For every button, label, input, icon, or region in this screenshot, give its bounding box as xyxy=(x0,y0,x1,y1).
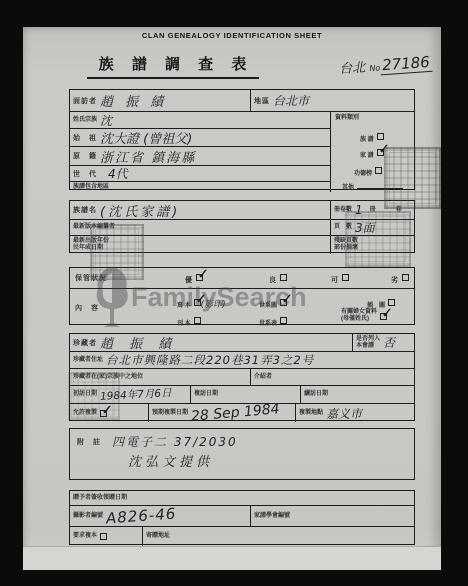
area-value: 台北市 xyxy=(273,92,309,109)
copy-date-label: 預期複製日期 xyxy=(149,410,191,417)
content-label: 內 容 xyxy=(72,303,102,313)
row-origin: 原 籍 浙江省 鎮海縣 xyxy=(70,146,330,165)
referrer-label: 介紹者 xyxy=(251,374,275,381)
lineage-chart-checkmark: ✓ xyxy=(280,292,292,307)
owner-label: 珍藏者 xyxy=(70,338,100,348)
english-title: CLAN GENEALOGY IDENTIFICATION SHEET xyxy=(23,31,441,40)
underlying-page-edge xyxy=(23,546,441,570)
row-generations: 世 代 4代 xyxy=(70,165,330,181)
origin-value: 浙江省 鎮海縣 xyxy=(100,147,196,166)
condition-poor: 劣 xyxy=(388,269,409,287)
stamp-seal-watermark-right-lower xyxy=(345,211,411,267)
lineage-chart-checkbox: ✓ xyxy=(280,299,287,306)
copy-date-value: 28 Sep 1984 xyxy=(190,401,280,425)
row-contents: 內 容 寫 本✓(影印) 世系圖✓ 插 圖 刊 本 世系表 有關婦女資料(母僅姓… xyxy=(70,288,414,326)
photographer-value: A826-46 xyxy=(105,505,176,528)
category-label: 資料類別 xyxy=(332,115,362,122)
content-lineage-table: 世系表 xyxy=(256,312,287,330)
category-family: 家 譜✓ xyxy=(357,144,384,162)
document-number-value: 27186 xyxy=(379,53,432,76)
row-visit-dates: 初訪日期 1984年7月6日 複訪日期 續訪日期 xyxy=(70,385,414,403)
condition-excellent: 優✓ xyxy=(182,269,203,287)
condition-good: 良 xyxy=(266,269,287,287)
send-address-label: 寄贈地址 xyxy=(143,533,173,540)
poor-checkbox xyxy=(402,274,409,281)
good-checkbox xyxy=(280,274,287,281)
stamp-seal-watermark-left xyxy=(90,224,144,280)
founder-value: 沈大證 (曾祖父) xyxy=(100,128,192,147)
notes-label: 附 註 xyxy=(74,437,104,447)
content-manuscript: 寫 本✓(影印) xyxy=(174,294,226,312)
section-processing: 贈予者簽收領贈日期 攝影者編號 A826-46 家譜學會編號 要求複本 寄贈地址 xyxy=(69,490,415,545)
copy-request-label: 要求複本 xyxy=(70,533,100,540)
generations-value: 4代 xyxy=(108,165,128,182)
manuscript-checkbox: ✓ xyxy=(194,299,201,306)
row-photographer: 攝影者編號 A826-46 家譜學會編號 xyxy=(70,505,414,526)
notes-line1: 四電子二 37/2030 xyxy=(112,433,238,450)
copy-request-checkbox xyxy=(100,533,107,540)
row-coverage: 族譜包含地區 xyxy=(70,181,330,192)
page-title: 族 譜 調 查 表 xyxy=(23,53,323,79)
manuscript-checkmark: ✓ xyxy=(194,292,206,307)
women-info-checkmark: ✓ xyxy=(380,305,392,320)
stamp-seal-watermark-right xyxy=(384,147,441,209)
copy-place-label: 複製地點 xyxy=(296,410,326,417)
family-checkbox: ✓ xyxy=(377,149,384,156)
notes-line2: 沈弘文提供 xyxy=(128,451,213,470)
fair-checkbox xyxy=(342,274,349,281)
content-lineage-chart: 世系圖✓ xyxy=(256,294,287,312)
address-label: 珍藏者住址 xyxy=(70,357,106,364)
third-visit-label: 續訪日期 xyxy=(301,391,331,398)
origin-label: 原 籍 xyxy=(70,151,100,161)
section-notes: 附 註 四電子二 37/2030 沈弘文提供 xyxy=(69,428,415,480)
excellent-checkbox: ✓ xyxy=(196,274,203,281)
listed-label: 是否列入本會譜 xyxy=(353,336,383,350)
number-prefix: No xyxy=(369,63,380,73)
surname-value: 沈 xyxy=(100,112,112,129)
founder-label: 始 祖 xyxy=(70,133,100,143)
section-clan-info: 面訪者 趙 振 績 地區 台北市 姓氏宗族 沈 始 祖 沈大 xyxy=(69,89,415,190)
section-owner: 珍藏者 趙 振 績 是否列入本會譜 否 珍藏者住址 台北市興隆路二段220巷31… xyxy=(69,333,415,421)
content-women-info: 有關婦女資料(母僅姓氏) ✓ xyxy=(338,309,387,323)
listed-value: 否 xyxy=(383,334,395,351)
document-number: 台北 No27186 xyxy=(338,52,432,77)
excellent-checkmark: ✓ xyxy=(196,267,208,282)
row-surname: 姓氏宗族 沈 xyxy=(70,112,330,128)
photographer-label: 攝影者編號 xyxy=(70,513,106,520)
lineage-table-checkbox xyxy=(280,317,287,324)
row-owner-address: 珍藏者住址 台北市興隆路二段220巷31弄3之2号 xyxy=(70,351,414,368)
owner-value: 趙 振 績 xyxy=(100,333,177,352)
second-visit-label: 複訪日期 xyxy=(191,391,221,398)
women-info-checkbox: ✓ xyxy=(380,313,387,320)
document-number-city: 台北 xyxy=(339,60,366,77)
content-printed: 刊 本 xyxy=(174,312,201,330)
condition-fair: 可 xyxy=(328,269,349,287)
row-owner: 珍藏者 趙 振 績 是否列入本會譜 否 xyxy=(70,334,414,351)
address-value: 台北市興隆路二段220巷31弄3之2号 xyxy=(106,352,314,368)
scan-background: CLAN GENEALOGY IDENTIFICATION SHEET 族 譜 … xyxy=(0,0,468,586)
row-interviewer: 面訪者 趙 振 績 地區 台北市 xyxy=(70,90,414,111)
row-copy-request: 要求複本 寄贈地址 xyxy=(70,526,414,546)
document-page: CLAN GENEALOGY IDENTIFICATION SHEET 族 譜 … xyxy=(23,27,441,570)
copy-place-value: 嘉义市 xyxy=(326,405,362,422)
stamp-seal-watermark-left-lower xyxy=(68,372,120,420)
merit-checkbox xyxy=(375,167,382,174)
printed-checkbox xyxy=(194,317,201,324)
interviewer-label: 面訪者 xyxy=(70,96,100,106)
surname-label: 姓氏宗族 xyxy=(70,117,100,124)
row-founder: 始 祖 沈大證 (曾祖父) xyxy=(70,128,330,146)
generations-label: 世 代 xyxy=(70,169,100,179)
title-value: (沈氏家譜) xyxy=(100,201,180,220)
title-label: 族譜名 xyxy=(70,205,100,215)
clan-checkbox xyxy=(377,133,384,140)
area-label: 地區 xyxy=(251,96,273,106)
row-receipt: 贈予者簽收領贈日期 xyxy=(70,491,414,505)
interviewer-value: 趙 振 績 xyxy=(100,91,167,110)
coverage-label: 族譜包含地區 xyxy=(70,184,112,191)
row-owner-position: 珍藏者在(家)宗族中之地位 介紹者 xyxy=(70,368,414,385)
society-number-label: 家譜學會編號 xyxy=(251,513,293,520)
receipt-label: 贈予者簽收領贈日期 xyxy=(70,495,130,502)
row-copy-permission: 允許複製 ✓ 預期複製日期 28 Sep 1984 複製地點 嘉义市 xyxy=(70,403,414,422)
